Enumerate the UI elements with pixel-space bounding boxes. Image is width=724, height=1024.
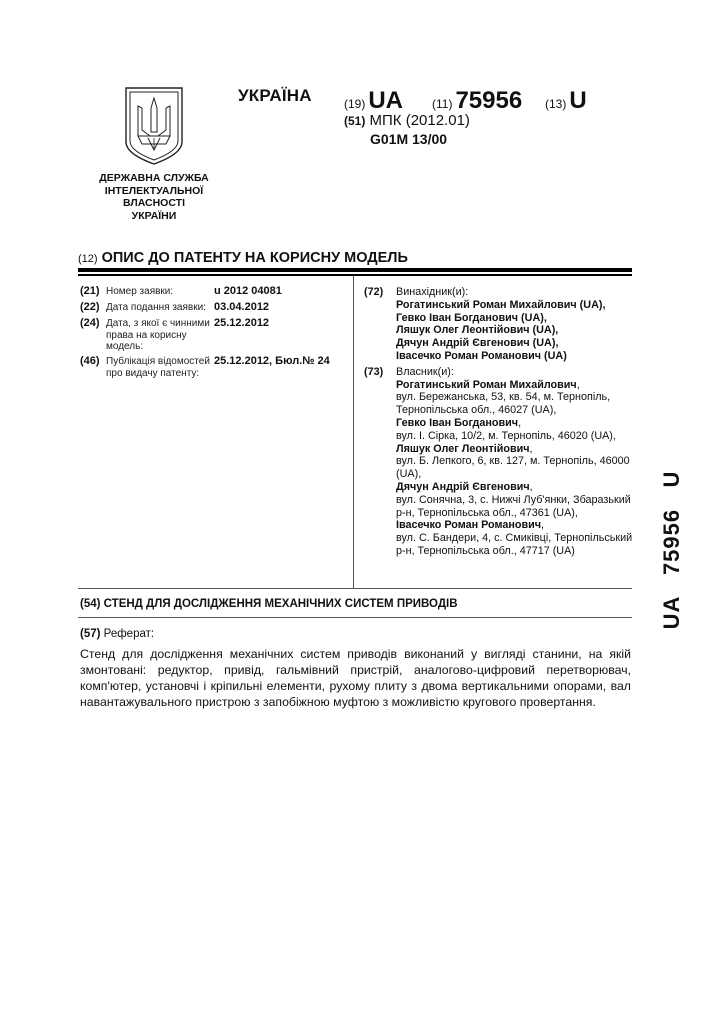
divider [78, 588, 632, 589]
biblio-label: Дата, з якої є чинними права на корисну … [106, 318, 214, 353]
column-divider [353, 276, 354, 588]
divider [78, 617, 632, 618]
abstract-label-text: Реферат: [104, 628, 154, 640]
owner-entry: Ляшук Олег Леонтійович,вул. Б. Лепкого, … [396, 443, 634, 481]
owners-section: (73) Власник(и): Рогатинський Роман Миха… [364, 366, 634, 558]
owner-entry: Рогатинський Роман Михайлович,вул. Береж… [396, 379, 634, 417]
country-code: (19) UA [344, 89, 403, 113]
owner-address: вул. Сонячна, 3, с. Нижчі Луб'янки, Збар… [396, 494, 631, 519]
agency-line: ІНТЕЛЕКТУАЛЬНОЇ [88, 185, 220, 198]
inid-code: (11) [432, 97, 452, 111]
biblio-label: Дата подання заявки: [106, 302, 214, 314]
inventor-name: Рогатинський Роман Михайлович (UA), [396, 299, 605, 311]
owner-entry: Дячун Андрій Євгенович,вул. Сонячна, 3, … [396, 481, 634, 519]
abstract-label: (57) Реферат: [80, 628, 154, 640]
biblio-row-filing-date: (22) Дата подання заявки: 03.04.2012 [80, 302, 269, 314]
inventor-name: Ляшук Олег Леонтійович (UA), [396, 324, 558, 336]
trident-emblem-icon [124, 86, 184, 166]
inventor-name: Дячун Андрій Євгенович (UA), [396, 337, 558, 349]
owner-address: вул. Б. Лепкого, 6, кв. 127, м. Тернопіл… [396, 455, 630, 480]
inid-code: (19) [344, 97, 365, 111]
owner-entry: Гевко Іван Богданович,вул. І. Сірка, 10/… [396, 417, 634, 443]
country-code-value: UA [368, 89, 403, 113]
biblio-row-effective-date: (24) Дата, з якої є чинними права на кор… [80, 318, 269, 353]
biblio-label: Публікація відомостей про видачу патенту… [106, 356, 214, 379]
ipc-version: МПК (2012.01) [370, 112, 470, 129]
inventor-name: Гевко Іван Богданович (UA), [396, 312, 547, 324]
agency-line: ДЕРЖАВНА СЛУЖБА [88, 172, 220, 185]
divider [78, 274, 632, 276]
biblio-row-application-number: (21) Номер заявки: u 2012 04081 [80, 286, 282, 298]
inid-code: (72) [364, 286, 396, 363]
document-kind-value: U [569, 89, 586, 113]
inid-code: (51) [344, 114, 365, 128]
inid-code: (21) [80, 286, 106, 298]
country-name: УКРАЇНА [238, 86, 312, 106]
biblio-value: 25.12.2012, Бюл.№ 24 [214, 356, 330, 379]
inid-code: (13) [545, 97, 566, 111]
patent-number: (11) 75956 [432, 89, 522, 113]
parties-column: (72) Винахідник(и): Рогатинський Роман М… [364, 286, 634, 561]
inventors-label: Винахідник(и): [396, 286, 634, 299]
divider [78, 268, 632, 272]
document-type-title: (12) ОПИС ДО ПАТЕНТУ НА КОРИСНУ МОДЕЛЬ [78, 250, 408, 266]
owner-name: Рогатинський Роман Михайлович [396, 379, 577, 391]
utility-model-title: (54) СТЕНД ДЛЯ ДОСЛІДЖЕННЯ МЕХАНІЧНИХ СИ… [80, 598, 458, 610]
inid-code: (24) [80, 318, 106, 353]
document-kind: (13) U [545, 89, 587, 113]
owner-name: Ляшук Олег Леонтійович [396, 443, 530, 455]
inventor-name: Івасечко Роман Романович (UA) [396, 350, 567, 362]
inid-code: (12) [78, 253, 98, 265]
inid-code: (22) [80, 302, 106, 314]
owner-address: вул. С. Бандери, 4, с. Смиківці, Тернопі… [396, 532, 632, 557]
document-type-text: ОПИС ДО ПАТЕНТУ НА КОРИСНУ МОДЕЛЬ [102, 250, 408, 266]
owner-address: вул. І. Сірка, 10/2, м. Тернопіль, 46020… [396, 430, 616, 442]
abstract-text: Стенд для дослідження механічних систем … [80, 646, 631, 710]
ipc-code: G01M 13/00 [370, 131, 447, 147]
owner-name: Івасечко Роман Романович [396, 519, 541, 531]
biblio-label: Номер заявки: [106, 286, 214, 298]
ipc-classification: (51) МПК (2012.01) [344, 113, 470, 129]
agency-line: ВЛАСНОСТІ [88, 197, 220, 210]
agency-name: ДЕРЖАВНА СЛУЖБА ІНТЕЛЕКТУАЛЬНОЇ ВЛАСНОСТ… [88, 172, 220, 222]
owner-address: вул. Бережанська, 53, кв. 54, м. Тернопі… [396, 391, 610, 416]
inventors-section: (72) Винахідник(и): Рогатинський Роман М… [364, 286, 634, 363]
owner-name: Гевко Іван Богданович [396, 417, 518, 429]
owner-entry: Івасечко Роман Романович,вул. С. Бандери… [396, 519, 634, 557]
owner-name: Дячун Андрій Євгенович [396, 481, 530, 493]
side-patent-code-text: UA 75956 U [659, 471, 685, 630]
side-patent-code: UA 75956 U [652, 475, 692, 625]
inid-code: (73) [364, 366, 396, 558]
biblio-value: 03.04.2012 [214, 302, 269, 314]
patent-number-value: 75956 [455, 89, 522, 113]
owners-label: Власник(и): [396, 366, 634, 379]
biblio-value: 25.12.2012 [214, 318, 269, 353]
inid-code: (46) [80, 356, 106, 379]
inid-code: (57) [80, 628, 100, 640]
biblio-value: u 2012 04081 [214, 286, 282, 298]
biblio-row-publication: (46) Публікація відомостей про видачу па… [80, 356, 330, 379]
agency-line: УКРАЇНИ [88, 210, 220, 223]
